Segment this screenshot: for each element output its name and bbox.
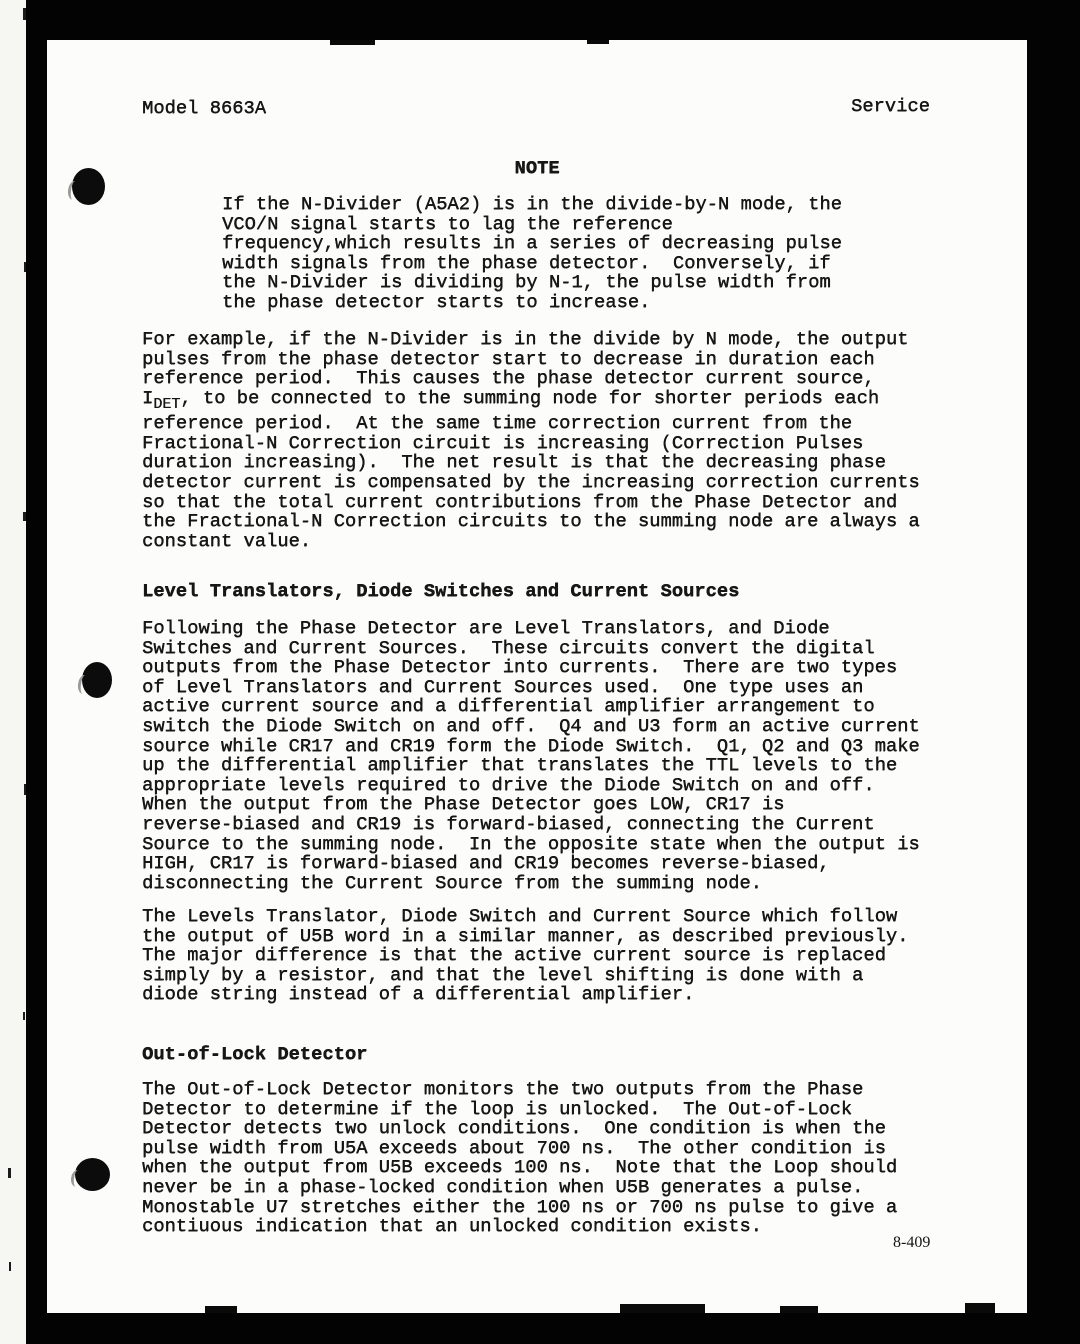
- scan-artifact-dash: [620, 1304, 705, 1313]
- section-heading-out-of-lock: Out-of-Lock Detector: [142, 1045, 982, 1065]
- service-label: Service: [851, 97, 930, 117]
- scan-speckle: [8, 1168, 11, 1178]
- scan-artifact-dash: [330, 40, 375, 45]
- hole-punch-middle: [82, 662, 112, 698]
- document-page: Model 8663A Service NOTE If the N-Divide…: [47, 40, 1027, 1313]
- scan-speckle: [23, 8, 26, 20]
- hole-punch-bottom: [75, 1158, 110, 1191]
- scan-speckle: [23, 512, 26, 521]
- section-paragraph-levels-translator-follow: The Levels Translator, Diode Switch and …: [142, 907, 987, 1005]
- scan-speckle: [9, 1262, 11, 1271]
- section-paragraph-level-translators: Following the Phase Detector are Level T…: [142, 619, 987, 893]
- intro-paragraph: For example, if the N-Divider is in the …: [142, 330, 982, 551]
- hole-punch-top: [72, 168, 105, 205]
- note-paragraph: If the N-Divider (A5A2) is in the divide…: [222, 195, 942, 313]
- section-heading-level-translators: Level Translators, Diode Switches and Cu…: [142, 582, 982, 602]
- scan-speckle: [24, 784, 26, 795]
- film-edge-strip: [0, 0, 26, 1344]
- scan-artifact-dash: [780, 1306, 818, 1313]
- idet-subscript: DET: [153, 395, 180, 413]
- scan-artifact-dash: [587, 40, 609, 44]
- scan-speckle: [23, 1012, 25, 1020]
- scan-speckle: [24, 262, 26, 272]
- page-number: 8-409: [893, 1234, 930, 1252]
- note-heading: NOTE: [142, 159, 932, 179]
- scan-artifact-dash: [205, 1306, 237, 1313]
- scan-artifact-dash: [965, 1303, 995, 1313]
- intro-paragraph-post: , to be connected to the summing node fo…: [142, 387, 920, 552]
- model-label: Model 8663A: [142, 99, 266, 119]
- section-paragraph-out-of-lock: The Out-of-Lock Detector monitors the tw…: [142, 1080, 987, 1237]
